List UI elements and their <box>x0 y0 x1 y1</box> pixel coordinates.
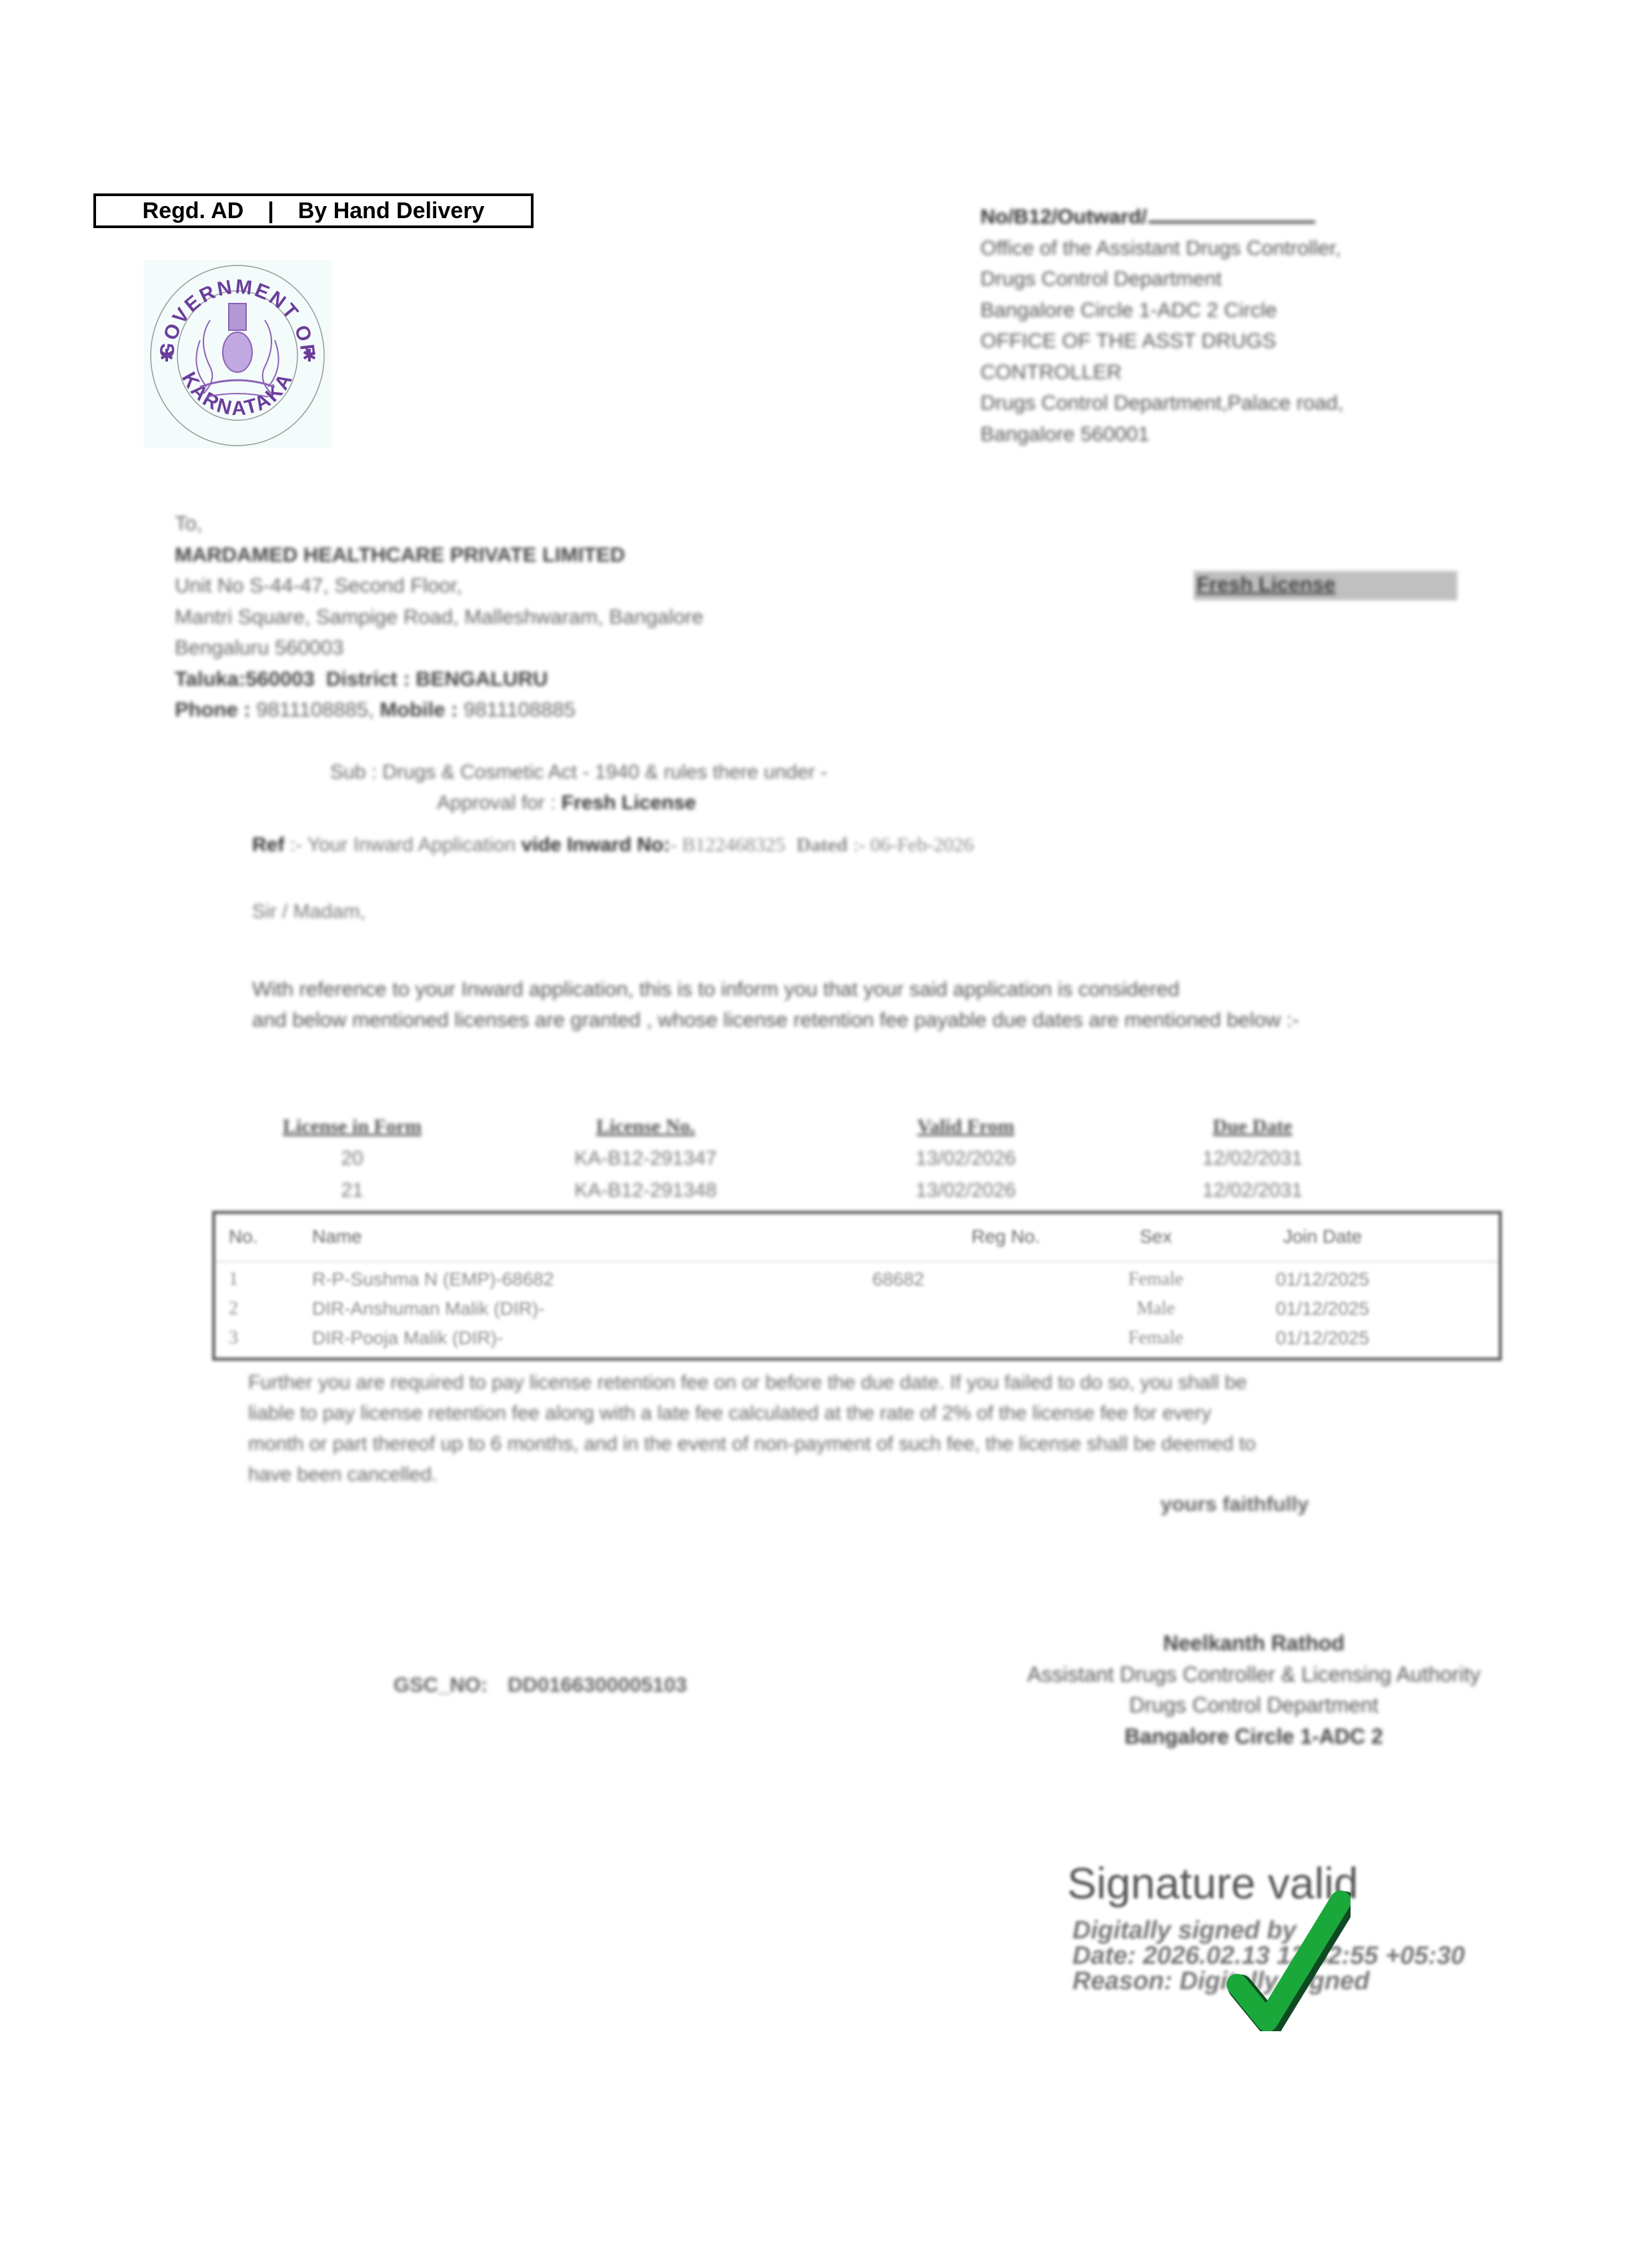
gsc-number: GSC_NO:DD0166300005103 <box>393 1673 687 1697</box>
table-row: 20 KA-B12-291347 13/02/2026 12/02/2031 <box>252 1143 1413 1175</box>
staff-table: No. Name Reg No. Sex Join Date 1 R-P-Sus… <box>212 1211 1502 1361</box>
to-label: To, <box>175 508 704 540</box>
header-divider <box>215 1261 1499 1262</box>
svg-text:✱: ✱ <box>159 346 174 366</box>
addressee-block: To, MARDAMED HEALTHCARE PRIVATE LIMITED … <box>175 508 704 726</box>
office-line: Drugs Control Department <box>980 263 1343 295</box>
subject-line: Sub : Drugs & Cosmetic Act - 1940 & rule… <box>330 757 827 788</box>
outward-ref-number: No/B12/Outward/ <box>980 201 1343 233</box>
office-line: Drugs Control Department,Palace road, <box>980 388 1343 419</box>
taluka-district-line: Taluka:560003 District : BENGALURU <box>175 664 704 695</box>
checkmark-icon <box>1217 1884 1351 2031</box>
salutation: Sir / Madam, <box>252 901 365 923</box>
reference-line: Ref :- Your Inward Application vide Inwa… <box>252 834 974 857</box>
address-line: Mantri Square, Sampige Road, Malleshwara… <box>175 602 704 633</box>
signatory-designation: Assistant Drugs Controller & Licensing A… <box>994 1659 1514 1690</box>
office-line: Office of the Assistant Drugs Controller… <box>980 233 1343 264</box>
subject-block: Sub : Drugs & Cosmetic Act - 1940 & rule… <box>330 757 827 818</box>
table-row: 21 KA-B12-291348 13/02/2026 12/02/2031 <box>252 1175 1413 1207</box>
company-name: MARDAMED HEALTHCARE PRIVATE LIMITED <box>175 540 704 571</box>
signatory-block: Neelkanth Rathod Assistant Drugs Control… <box>994 1628 1514 1752</box>
table-row: 2 DIR-Anshuman Malik (DIR)- Male 01/12/2… <box>229 1298 1499 1319</box>
delivery-separator: | <box>267 198 274 224</box>
signatory-department: Drugs Control Department <box>994 1690 1514 1721</box>
retention-fee-paragraph: Further you are required to pay license … <box>248 1367 1449 1490</box>
digital-signature-stamp: Signature valid Digitally signed by Date… <box>1067 1851 1507 2025</box>
delivery-mode-box: Regd. AD | By Hand Delivery <box>93 193 534 228</box>
office-line: OFFICE OF THE ASST DRUGS <box>980 326 1343 357</box>
signatory-circle: Bangalore Circle 1-ADC 2 <box>994 1721 1514 1752</box>
staff-table-header: No. Name Reg No. Sex Join Date <box>229 1226 1499 1247</box>
license-table-header: License in Form License No. Valid From D… <box>252 1111 1413 1143</box>
license-type-badge: Fresh License <box>1194 571 1457 600</box>
office-line: Bangalore 560001 <box>980 419 1343 450</box>
delivery-mode-regd-ad: Regd. AD <box>143 198 244 224</box>
karnataka-emblem-icon: GOVERNMENT OF KARNATAKA ✱ ✱ <box>143 260 331 448</box>
address-line: Unit No S-44-47, Second Floor, <box>175 570 704 602</box>
svg-text:✱: ✱ <box>302 346 317 366</box>
approval-line: Approval for : Fresh License <box>330 788 827 818</box>
office-line: CONTROLLER <box>980 357 1343 388</box>
license-table: License in Form License No. Valid From D… <box>252 1111 1413 1207</box>
delivery-mode-hand: By Hand Delivery <box>298 198 485 224</box>
table-row: 3 DIR-Pooja Malik (DIR)- Female 01/12/20… <box>229 1327 1499 1349</box>
office-line: Bangalore Circle 1-ADC 2 Circle <box>980 295 1343 326</box>
closing-text: yours faithfully <box>1160 1492 1309 1516</box>
signatory-name: Neelkanth Rathod <box>994 1628 1514 1659</box>
address-line: Bengaluru 560003 <box>175 632 704 664</box>
table-row: 1 R-P-Sushma N (EMP)-68682 68682 Female … <box>229 1269 1499 1290</box>
government-emblem-logo: GOVERNMENT OF KARNATAKA ✱ ✱ <box>143 260 331 448</box>
phone-line: Phone : 9811108885, Mobile : 9811108885 <box>175 694 704 726</box>
office-address-block: No/B12/Outward/ Office of the Assistant … <box>980 201 1343 450</box>
intro-paragraph: With reference to your Inward applicatio… <box>252 974 1453 1035</box>
